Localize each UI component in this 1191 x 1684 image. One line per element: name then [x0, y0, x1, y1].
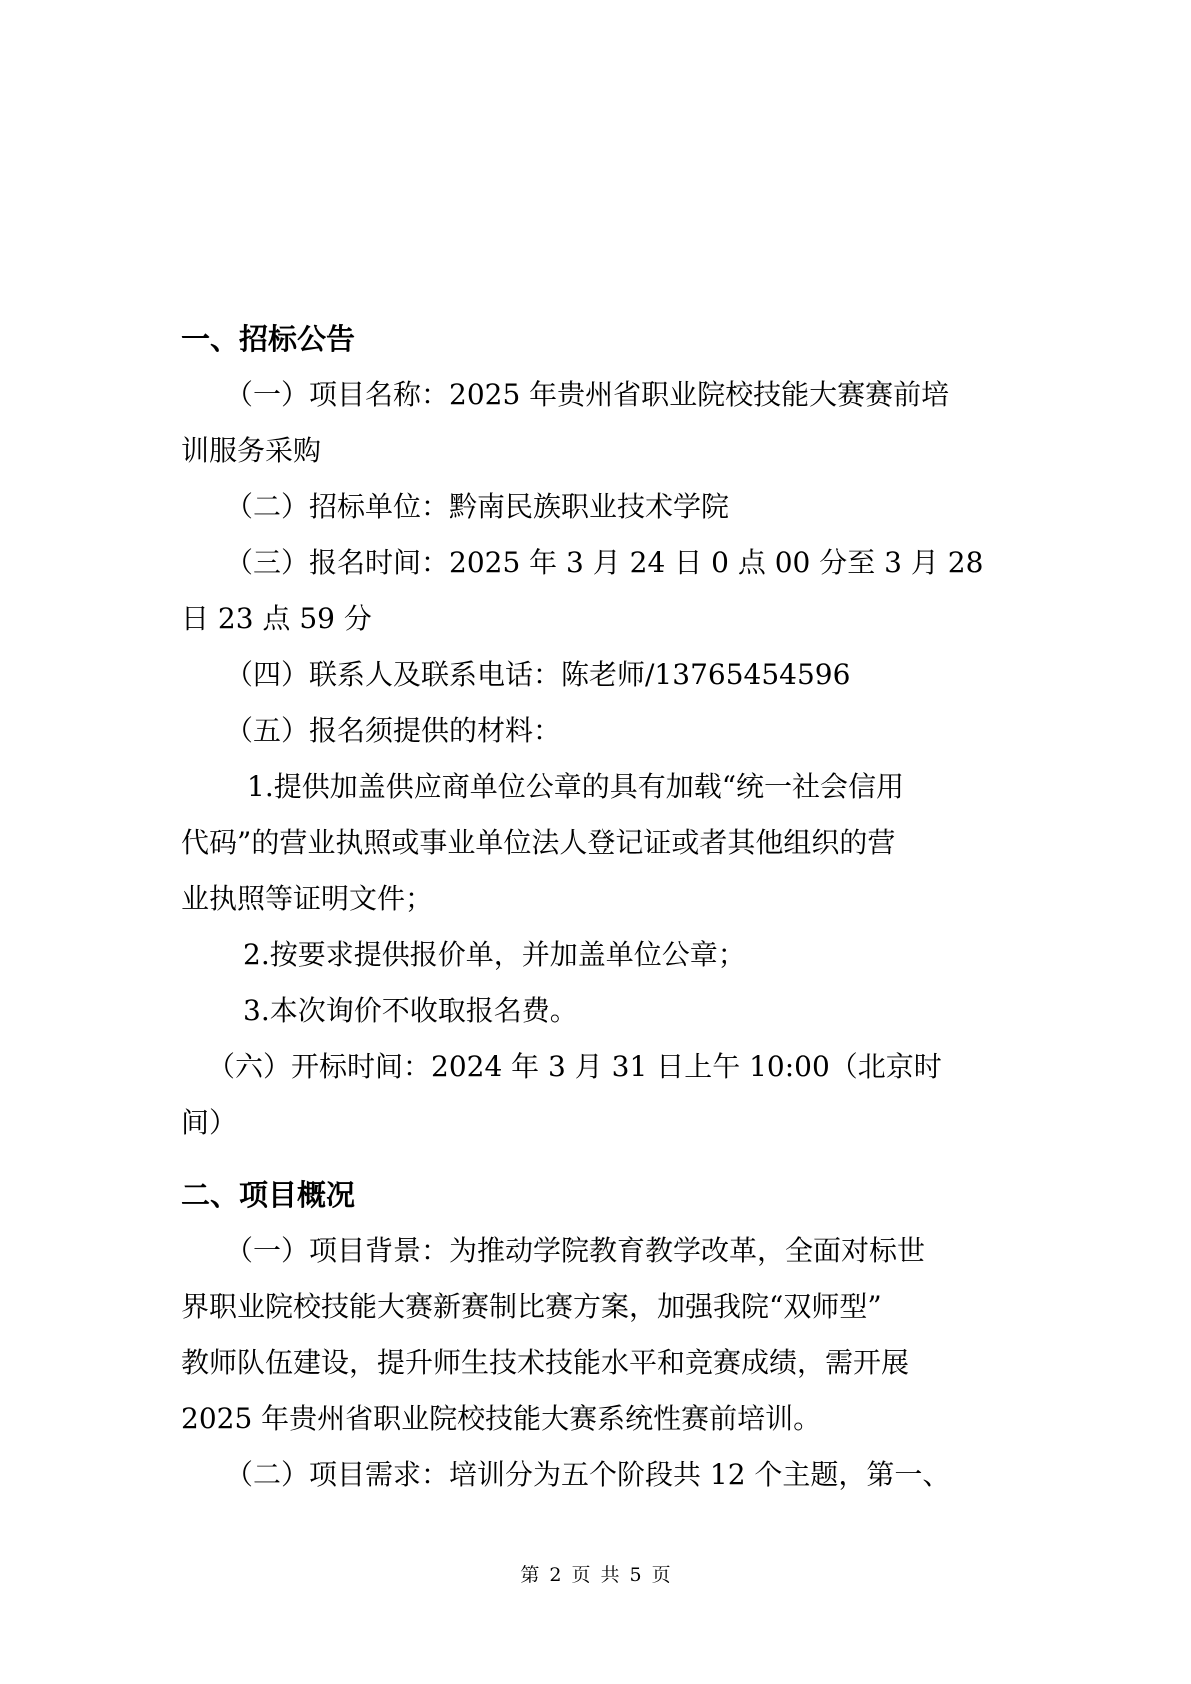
material-1-line-3: 业执照等证明文件；	[181, 882, 433, 916]
material-3: 3.本次询价不收取报名费。	[243, 994, 578, 1028]
material-1-line-2: 代码”的营业执照或事业单位法人登记证或者其他组织的营	[181, 826, 895, 860]
item-contact: （四）联系人及联系电话：陈老师/13765454596	[225, 658, 850, 692]
material-2: 2.按要求提供报价单，并加盖单位公章；	[243, 938, 746, 972]
item-registration-time-line-2: 日 23 点 59 分	[181, 602, 372, 636]
item-registration-time-line-1: （三）报名时间：2025 年 3 月 24 日 0 点 00 分至 3 月 28	[225, 546, 983, 580]
page-number-footer: 第 2 页 共 5 页	[0, 1563, 1191, 1587]
item-required-materials: （五）报名须提供的材料：	[225, 714, 561, 748]
section-heading-project-overview: 二、项目概况	[181, 1178, 355, 1212]
item-project-background-line-2: 界职业院校技能大赛新赛制比赛方案，加强我院“双师型”	[181, 1290, 882, 1324]
item-project-background-line-4: 2025 年贵州省职业院校技能大赛系统性赛前培训。	[181, 1402, 821, 1436]
section-heading-bidding-notice: 一、招标公告	[181, 322, 355, 356]
item-bidding-unit: （二）招标单位：黔南民族职业技术学院	[225, 490, 729, 524]
item-bid-opening-time-line-1: （六）开标时间：2024 年 3 月 31 日上午 10:00（北京时	[207, 1050, 942, 1084]
material-1-line-1: 1.提供加盖供应商单位公章的具有加载“统一社会信用	[247, 770, 904, 804]
document-page: 一、招标公告 （一）项目名称：2025 年贵州省职业院校技能大赛赛前培 训服务采…	[0, 0, 1191, 1684]
item-bid-opening-time-line-2: 间）	[181, 1106, 237, 1140]
item-project-name-line-2: 训服务采购	[181, 434, 321, 468]
item-project-requirements-line-1: （二）项目需求：培训分为五个阶段共 12 个主题，第一、	[225, 1458, 950, 1492]
item-project-background-line-1: （一）项目背景：为推动学院教育教学改革，全面对标世	[225, 1234, 925, 1268]
item-project-background-line-3: 教师队伍建设，提升师生技术技能水平和竞赛成绩，需开展	[181, 1346, 909, 1380]
item-project-name-line-1: （一）项目名称：2025 年贵州省职业院校技能大赛赛前培	[225, 378, 949, 412]
